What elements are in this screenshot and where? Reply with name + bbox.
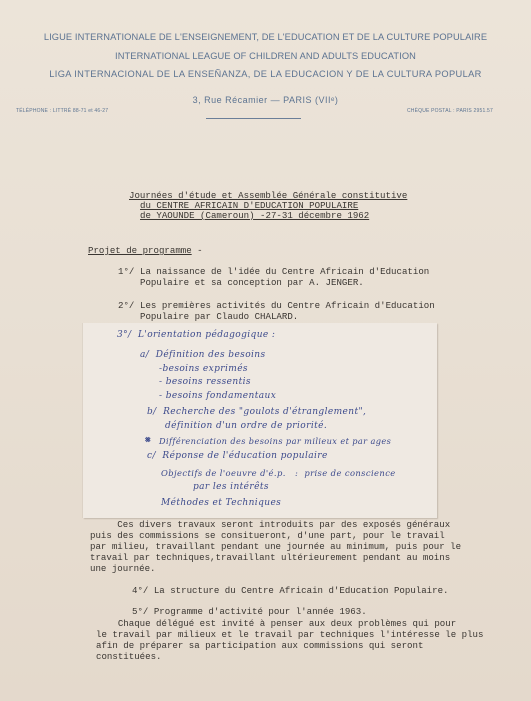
programme-heading: Projet de programme - [88, 246, 203, 257]
letterhead-english: INTERNATIONAL LEAGUE OF CHILDREN AND ADU… [0, 51, 531, 61]
struck-label-mark: ⨳ [145, 435, 151, 445]
note-line-a: a/ Définition des besoins [140, 350, 266, 360]
paragraph-1-line-5: une journée. [90, 564, 156, 575]
note-line-besoins-ressentis: - besoins ressentis [159, 377, 251, 387]
note-line-besoins-exprimes: -besoins exprimés [159, 364, 248, 374]
note-line-orientation: 3°/ L'orientation pédagogique : [117, 330, 275, 340]
letterhead-telephone: TÉLÉPHONE : LITTRÉ 88-71 et 46-27 [16, 108, 108, 114]
letterhead-french: LIGUE INTERNATIONALE DE L'ENSEIGNEMENT, … [0, 32, 531, 42]
item-1-number: 1°/ [118, 267, 134, 278]
paragraph-2-line-4: constituées. [96, 652, 162, 663]
title-line-3: de YAOUNDE (Cameroun) -27-31 décembre 19… [140, 211, 369, 222]
letterhead-cheque-postal: CHÈQUE POSTAL : PARIS 2951.57 [407, 108, 493, 114]
paragraph-1-line-1: Ces divers travaux seront introduits par… [90, 520, 450, 531]
item-2-number: 2°/ [118, 301, 134, 312]
paragraph-1-line-2: puis des commissions se consitueront, d'… [90, 531, 445, 542]
letterhead-divider [206, 118, 301, 119]
note-line-interets: par les intérêts [193, 482, 269, 492]
item-4: 4°/ La structure du Centre Africain d'Ed… [132, 586, 449, 597]
note-line-c: c/ Réponse de l'éducation populaire [147, 451, 328, 461]
note-line-differenciation: Différenciation des besoins par milieux … [159, 436, 391, 446]
paragraph-2-line-3: afin de préparer sa participation aux co… [96, 641, 423, 652]
note-line-objectifs: Objectifs de l'oeuvre d'é.p. : prise de … [161, 468, 396, 478]
letterhead-spanish: LIGA INTERNACIONAL DE LA ENSEÑANZA, DE L… [0, 69, 531, 79]
item-2-line-1: Les premières activités du Centre Africa… [140, 301, 435, 312]
paragraph-2-line-1: Chaque délégué est invité à penser aux d… [96, 619, 456, 630]
handwritten-note-slip: 3°/ L'orientation pédagogique : a/ Défin… [83, 323, 437, 518]
paragraph-1-line-3: par milieu, travaillant pendant une jour… [90, 542, 461, 553]
paragraph-1-line-4: travail par techniques,travaillant ultér… [90, 553, 450, 564]
item-1-line-2: Populaire et sa conception par A. JENGER… [140, 278, 364, 289]
paragraph-2-line-2: le travail par milieux et le travail par… [96, 630, 483, 641]
item-5: 5°/ Programme d'activité pour l'année 19… [132, 607, 367, 618]
note-line-priorite: définition d'un ordre de priorité. [165, 421, 327, 431]
item-2-line-2: Populaire par Claudo CHALARD. [140, 312, 298, 323]
document-page: LIGUE INTERNATIONALE DE L'ENSEIGNEMENT, … [0, 0, 531, 701]
programme-heading-dash: - [192, 245, 203, 256]
programme-heading-text: Projet de programme [88, 245, 192, 256]
note-line-b: b/ Recherche des "goulots d'étranglement… [147, 407, 366, 417]
note-line-besoins-fondamentaux: - besoins fondamentaux [159, 391, 276, 401]
item-1-line-1: La naissance de l'idée du Centre Africai… [140, 267, 429, 278]
note-line-methodes: Méthodes et Techniques [161, 498, 281, 508]
letterhead-address: 3, Rue Récamier — PARIS (VIIᵉ) [0, 95, 531, 105]
